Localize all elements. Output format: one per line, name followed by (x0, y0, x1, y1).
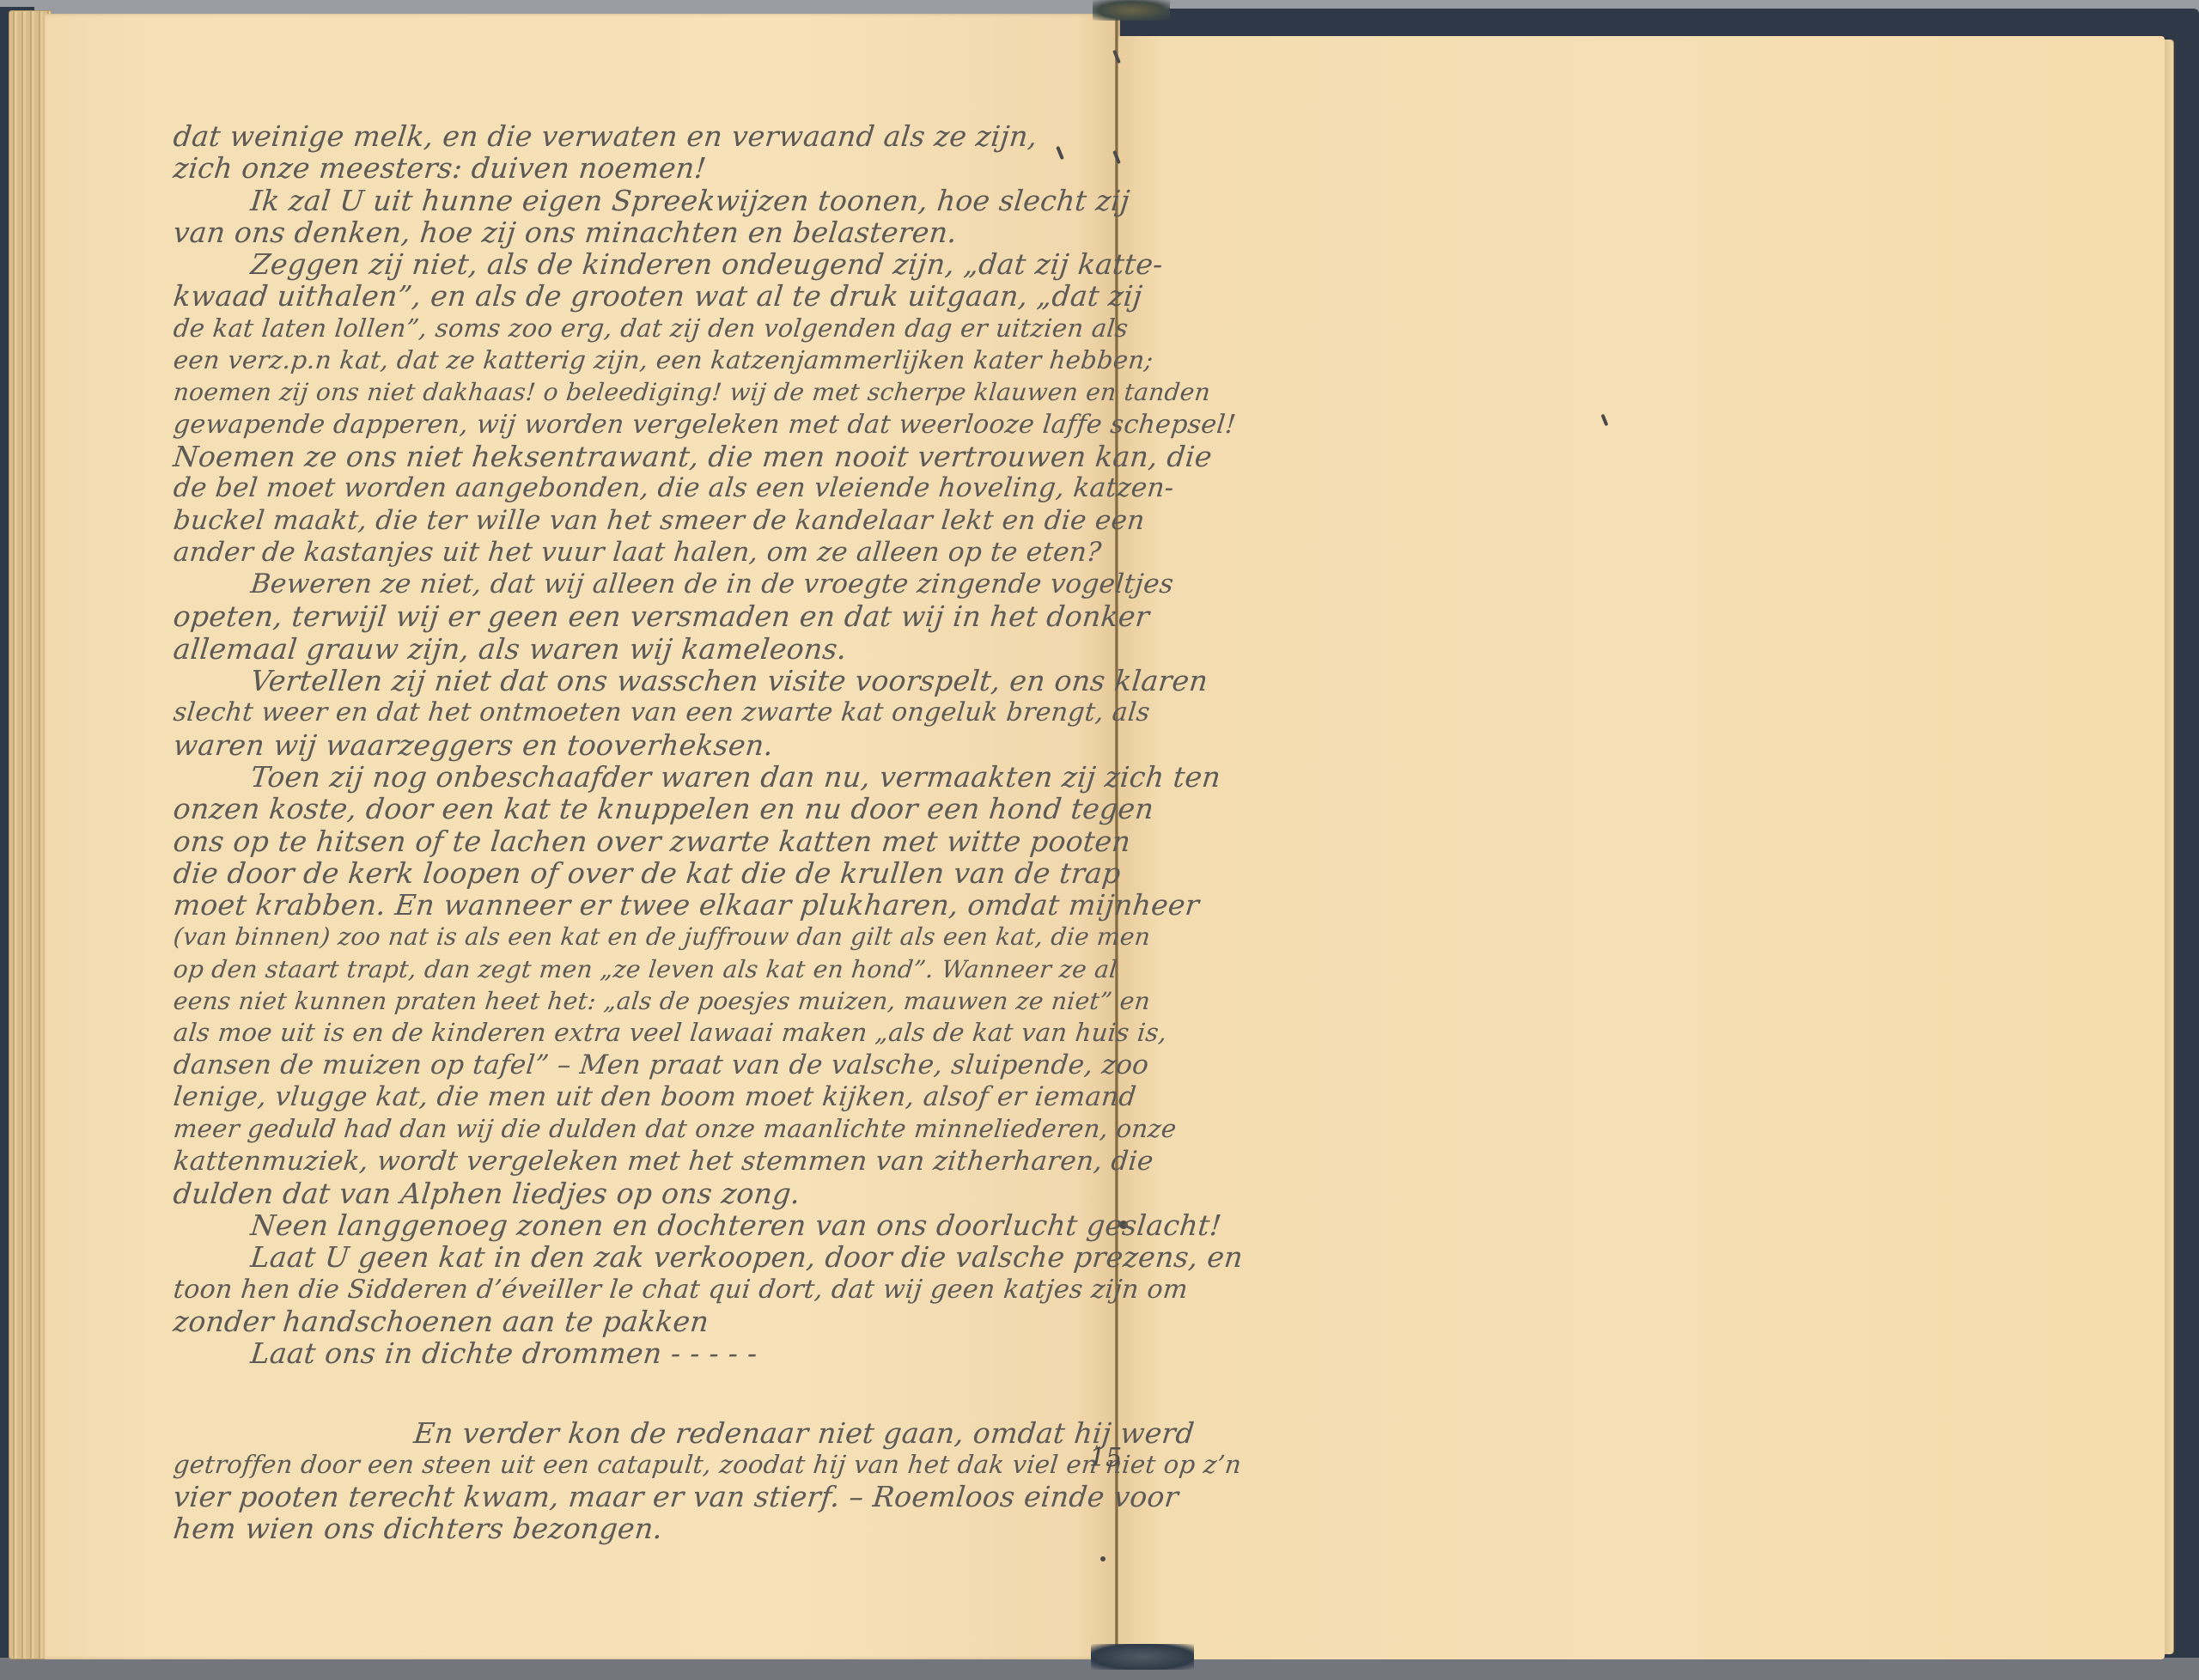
text-line: een verz.p.n kat, dat ze katterig zijn, … (172, 344, 1103, 376)
text-line: buckel maakt, die ter wille van het smee… (172, 505, 1103, 537)
text-line: zonder handschoenen aan te pakken (172, 1306, 1103, 1337)
margin-mark: 15 (1089, 1443, 1122, 1473)
text-line: dulden dat van Alphen liedjes op ons zon… (172, 1178, 1103, 1209)
text-line: Ik zal U uit hunne eigen Spreekwijzen to… (172, 185, 1103, 216)
text-line: noemen zij ons niet dakhaas! o beleedigi… (172, 376, 1103, 408)
text-line: opeten, terwijl wij er geen een versmade… (172, 600, 1103, 632)
right-page-stack-edge (2165, 40, 2173, 1654)
text-line: gewapende dapperen, wij worden vergeleke… (172, 409, 1103, 441)
text-line: de bel moet worden aangebonden, die als … (172, 472, 1103, 504)
text-line: meer geduld had dan wij die dulden dat o… (172, 1113, 1103, 1145)
text-line: hem wien ons dichters bezongen. (172, 1513, 1103, 1544)
text-line: eens niet kunnen praten heet het: „als d… (172, 985, 1103, 1017)
right-page-blank (1118, 36, 2165, 1659)
handwritten-text: dat weinige melk, en die verwaten en ver… (172, 120, 1099, 1545)
text-line: getroffen door een steen uit een catapul… (172, 1449, 1103, 1481)
text-line: kwaad uithalen”, en als de grooten wat a… (172, 280, 1103, 312)
text-line: Noemen ze ons niet heksentrawant, die me… (172, 441, 1103, 472)
text-line: moet krabben. En wanneer er twee elkaar … (172, 889, 1103, 921)
text-line: Zeggen zij niet, als de kinderen ondeuge… (172, 248, 1103, 280)
text-line: Laat U geen kat in den zak verkoopen, do… (172, 1241, 1103, 1273)
text-line: ons op te hitsen of te lachen over zwart… (172, 825, 1103, 857)
text-line: kattenmuziek, wordt vergeleken met het s… (172, 1146, 1103, 1178)
ink-speck (1100, 1556, 1106, 1561)
text-line: Beweren ze niet, dat wij alleen de in de… (172, 569, 1103, 600)
text-line: Vertellen zij niet dat ons wasschen visi… (172, 665, 1103, 697)
text-line: van ons denken, hoe zij ons minachten en… (172, 216, 1103, 248)
text-line: de kat laten lollen”, soms zoo erg, dat … (172, 313, 1103, 344)
text-line: ander de kastanjes uit het vuur laat hal… (172, 537, 1103, 569)
spine-top-wear (1093, 0, 1170, 21)
text-line: zich onze meesters: duiven noemen! (172, 152, 1103, 184)
text-line: (van binnen) zoo nat is als een kat en d… (172, 921, 1103, 953)
text-line: dansen de muizen op tafel” – Men praat v… (172, 1050, 1103, 1081)
text-line: Neen langgenoeg zonen en dochteren van o… (172, 1209, 1103, 1241)
text-line: onzen koste, door een kat te knuppelen e… (172, 793, 1103, 825)
text-line: dat weinige melk, en die verwaten en ver… (172, 120, 1103, 152)
text-line: waren wij waarzeggers en tooverheksen. (172, 729, 1103, 761)
text-line: Laat ons in dichte drommen - - - - - (172, 1337, 1103, 1369)
text-line: als moe uit is en de kinderen extra veel… (172, 1017, 1103, 1049)
text-line: die door de kerk loopen of over de kat d… (172, 857, 1103, 889)
text-line: Toen zij nog onbeschaafder waren dan nu,… (172, 761, 1103, 793)
text-line: lenige, vlugge kat, die men uit den boom… (172, 1081, 1103, 1113)
text-line: op den staart trapt, dan zegt men „ze le… (172, 953, 1103, 985)
text-line: En verder kon de redenaar niet gaan, omd… (172, 1417, 1103, 1449)
text-line: slecht weer en dat het ontmoeten van een… (172, 697, 1103, 728)
text-line: allemaal grauw zijn, als waren wij kamel… (172, 633, 1103, 665)
spine-bottom-wear (1091, 1644, 1194, 1670)
text-line: vier pooten terecht kwam, maar er van st… (172, 1481, 1103, 1513)
text-line: toon hen die Sidderen d’éveiller le chat… (172, 1274, 1103, 1306)
